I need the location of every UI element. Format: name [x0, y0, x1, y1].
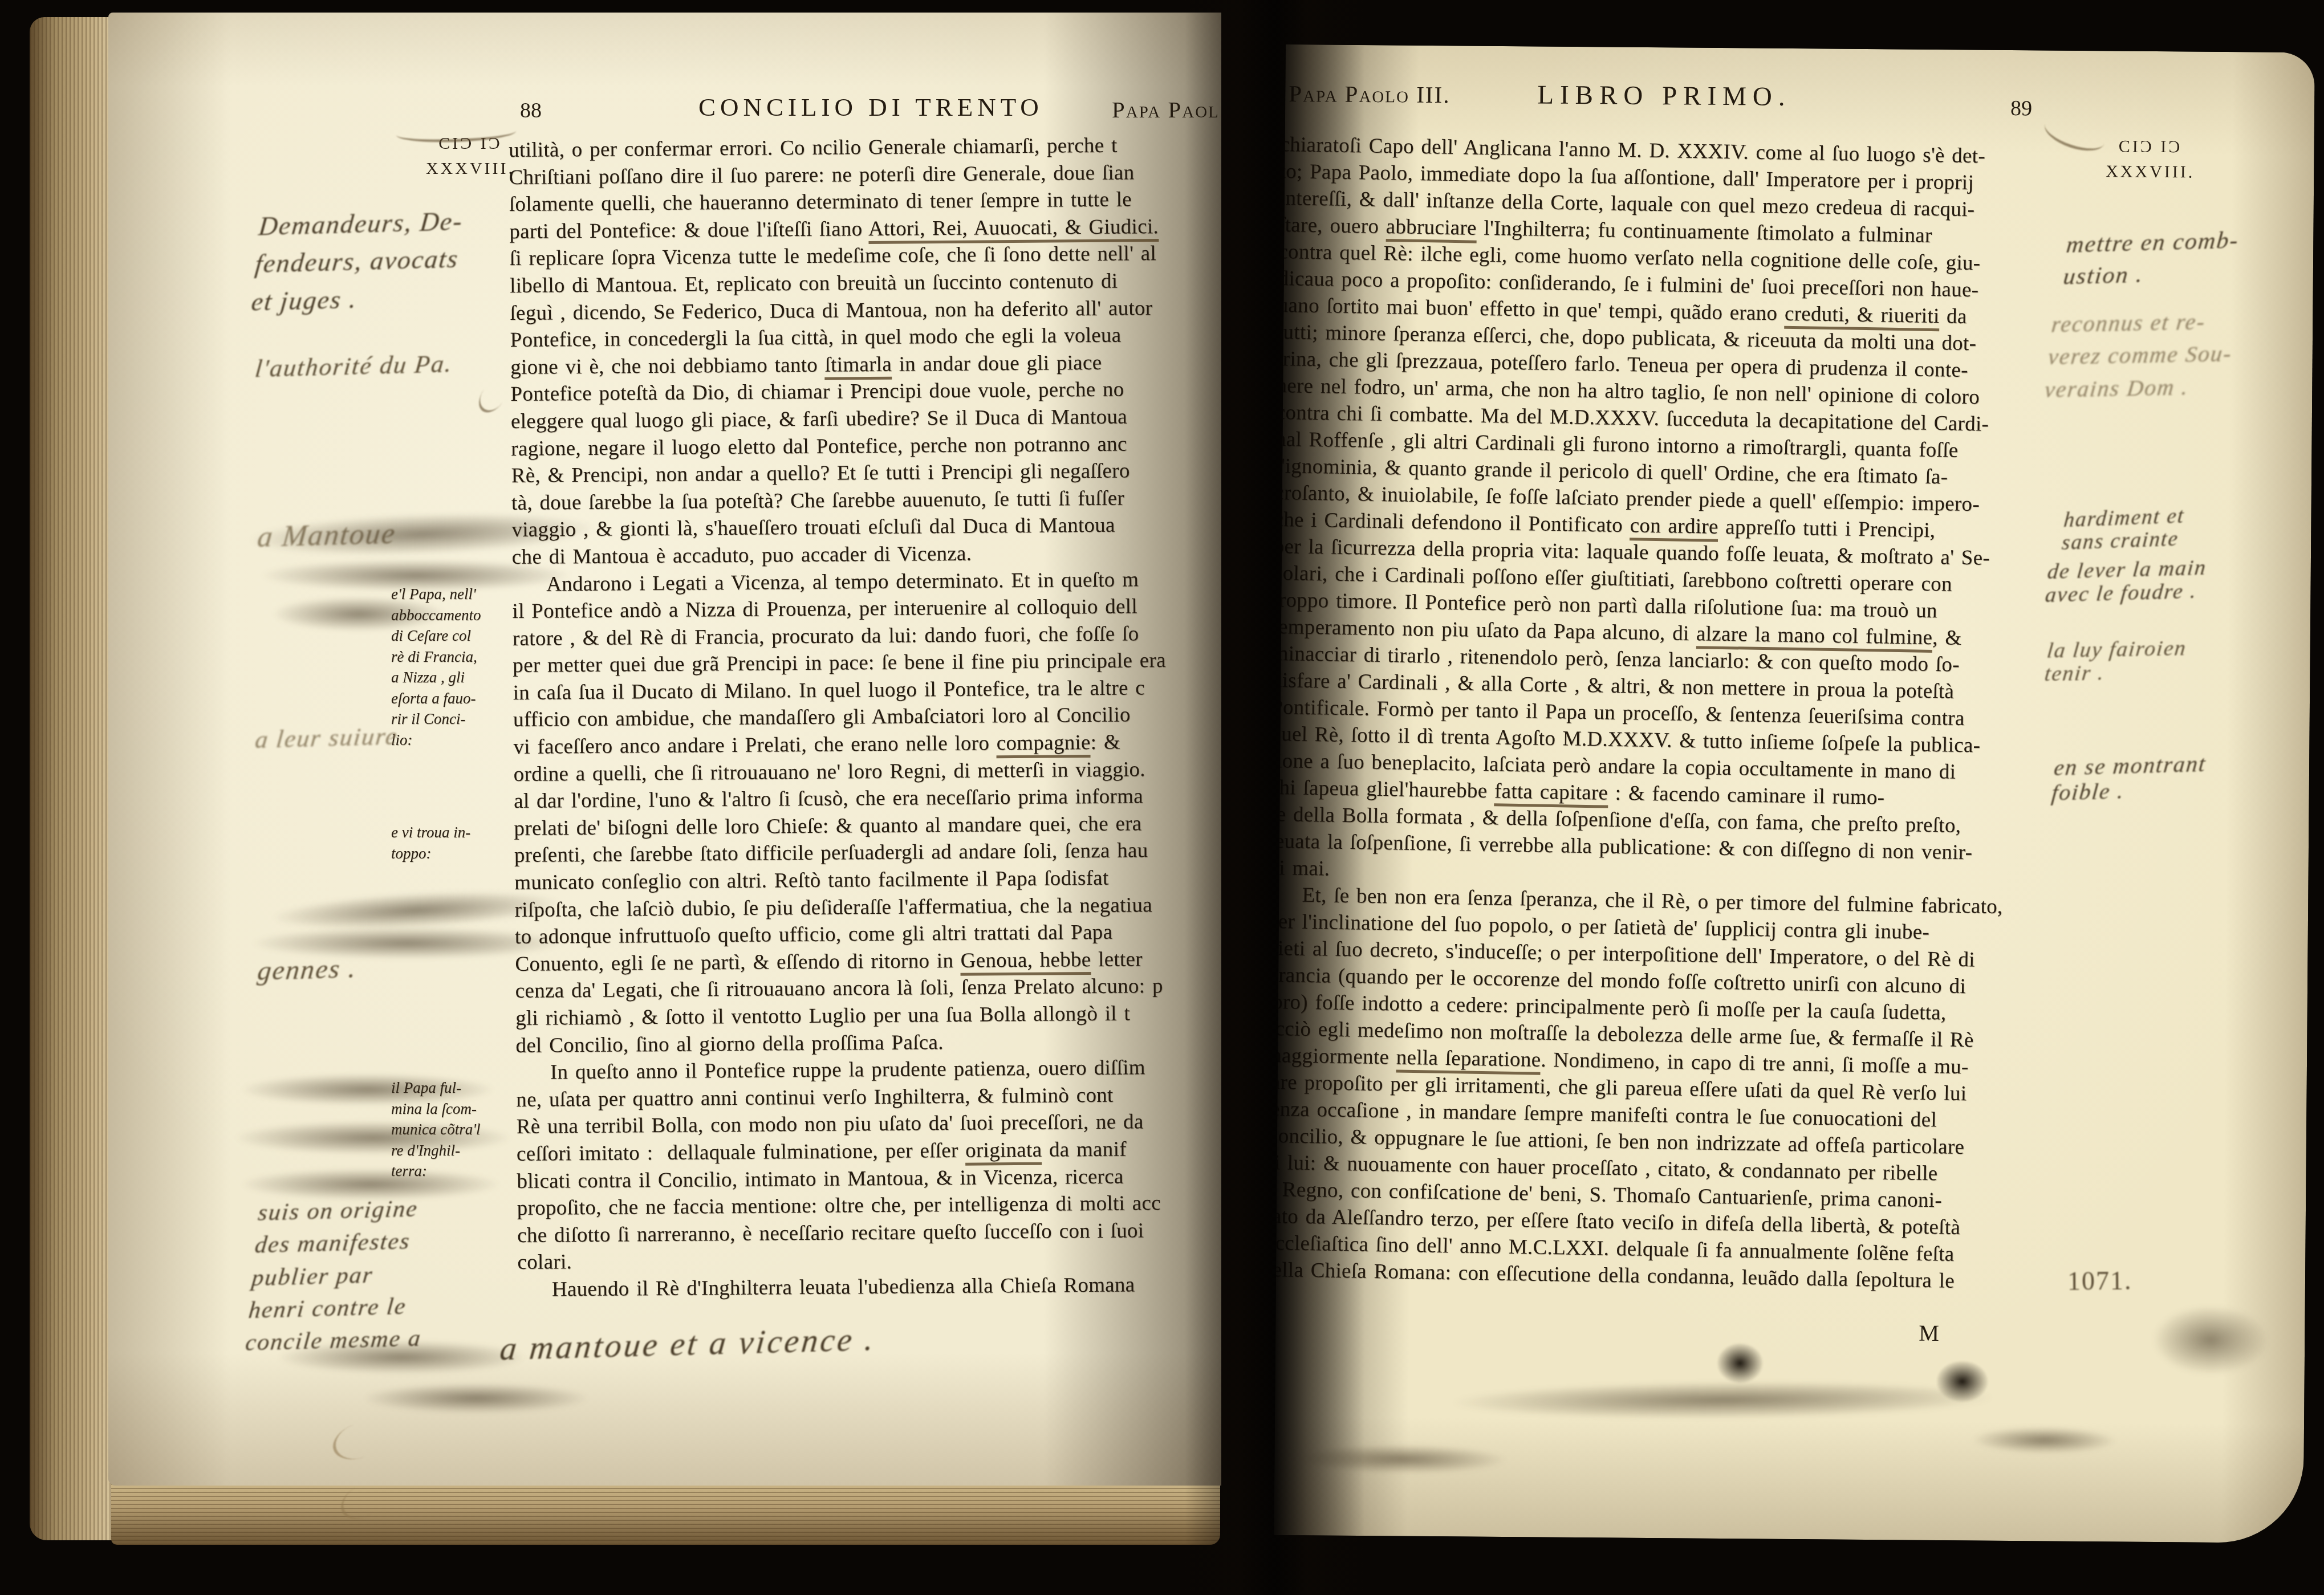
page-stack-bottom-edge — [111, 1481, 1220, 1545]
left-running-header: CONCILIO DI TRENTO — [698, 92, 1043, 122]
ink-smudge — [1300, 1444, 1505, 1474]
hand-note-year: 1071. — [2067, 1264, 2132, 1299]
hand-note-gennes: gennes . — [256, 951, 359, 990]
ink-underline: alzare la mano col fulmine — [1696, 622, 1933, 653]
ink-blot — [1717, 1343, 1764, 1384]
catchword: M — [1919, 1320, 1939, 1346]
ink-underline: ſtimarla — [824, 352, 892, 380]
hand-note-combustion: mettre en comb-ustion . — [2062, 225, 2240, 293]
hand-note-tenir: la luy fairoientenir . — [2043, 637, 2188, 686]
hand-note-hardiment: hardiment etsans crainte — [2061, 505, 2185, 555]
margin-note-intoppo: e vi troua in-toppo: — [391, 822, 470, 864]
ink-smudge — [2154, 1305, 2268, 1375]
page-stack-fore-edge — [30, 17, 115, 1540]
ink-smudge — [365, 1384, 587, 1413]
ink-underline: Genoua, hebbe — [961, 948, 1091, 976]
ink-smudge — [1454, 1380, 1991, 1421]
hand-note-foible: en se montrantfoible . — [2050, 751, 2207, 805]
ink-underline: fatta capitare — [1494, 779, 1608, 808]
hand-note-demandeurs: Demandeurs, De-fendeurs, avocatset juges… — [250, 202, 465, 320]
ink-smudge — [1973, 1427, 2116, 1454]
left-page: 88 CONCILIO DI TRENTO Papa Paol CIƆ IƆXX… — [108, 13, 1221, 1486]
ink-blot — [1936, 1361, 1988, 1402]
ink-underline: con ardire — [1630, 514, 1718, 542]
right-page-number: 89 — [2010, 96, 2032, 121]
margin-note-nizza: e'l Papa, nell'abboccamentodi Ceſare col… — [391, 584, 481, 750]
ink-underline: Attori, Rei, Auuocati, & Giudici. — [868, 215, 1159, 244]
ink-underline: originata — [965, 1138, 1042, 1166]
left-page-text: utilità, o per confermar errori. Co ncil… — [509, 132, 1221, 1305]
right-page-text: chiaratoſi Capo dell' Anglicana l'anno M… — [1274, 132, 2181, 1299]
left-running-header-continuation: Papa Paol — [1112, 96, 1220, 123]
ink-underline: creduti, & riueriti — [1784, 302, 1939, 331]
hand-note-foudre: de lever la mainavec le foudre . — [2044, 556, 2208, 607]
ink-stroke — [473, 374, 513, 417]
ink-underline: compagnie — [997, 731, 1091, 758]
ink-underline: nella ſeparatione — [1396, 1046, 1541, 1075]
right-page: Papa Paolo III. LIBRO PRIMO. 89 CIƆ IƆXX… — [1274, 44, 2314, 1543]
hand-note-souverains: reconnus et re-verez comme Sou-verains D… — [2043, 305, 2237, 406]
right-running-header-left: Papa Paolo III. — [1289, 80, 1451, 108]
right-running-header: LIBRO PRIMO. — [1537, 79, 1791, 112]
left-page-number: 88 — [520, 98, 542, 123]
hand-note-authorite: l'authorité du Pa. — [254, 347, 454, 385]
book-scan: 88 CONCILIO DI TRENTO Papa Paol CIƆ IƆXX… — [0, 0, 2324, 1595]
hand-note-mantoue-vicence: a mantoue et a vicence . — [498, 1317, 877, 1371]
hand-note-aleur: a leur suiure — [254, 720, 400, 757]
margin-note-scommunica: il Papa ful-mina la ſcom-munica cõtra'lr… — [391, 1077, 481, 1182]
ink-underline: abbruciare — [1386, 215, 1477, 243]
hand-note-origine: suis on originedes manifestespublier par… — [244, 1193, 436, 1360]
hand-note-mantoue: a Mantoue — [255, 515, 397, 558]
